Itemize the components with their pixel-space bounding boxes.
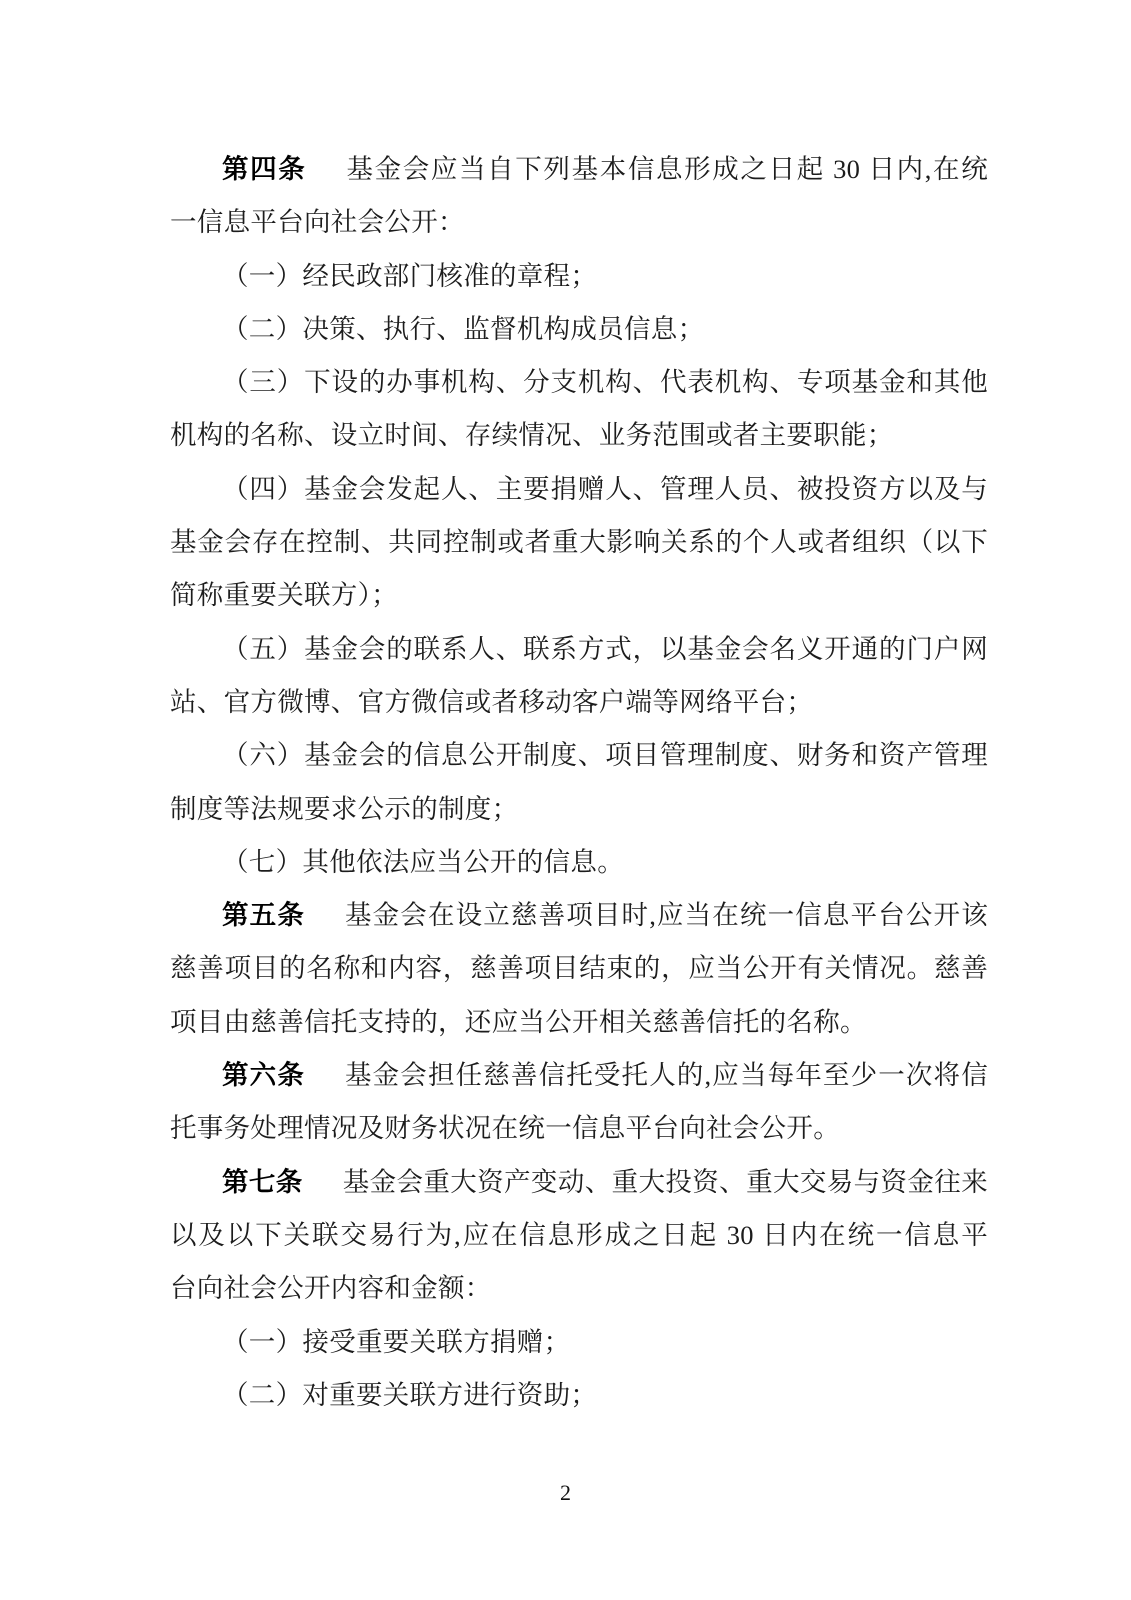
document-text-line: （二）对重要关联方进行资助； [170,1369,988,1422]
document-text-line: （五）基金会的联系人、联系方式，以基金会名义开通的门户网 [170,623,988,676]
article-number: 第六条 [222,1060,305,1090]
line-text: （二）对重要关联方进行资助； [222,1380,597,1410]
line-text: （六）基金会的信息公开制度、项目管理制度、财务和资产管理 [222,740,988,770]
document-text-line: 简称重要关联方）； [170,569,988,622]
document-text-line: （一）经民政部门核准的章程； [170,250,988,303]
line-text: 基金会重大资产变动、重大投资、重大交易与资金往来 [343,1167,988,1197]
document-text-line: 台向社会公开内容和金额： [170,1262,988,1315]
document-text-line: （六）基金会的信息公开制度、项目管理制度、财务和资产管理 [170,729,988,782]
article-heading-line: 第四条基金会应当自下列基本信息形成之日起 30 日内,在统 [170,143,988,196]
article-heading-line: 第七条基金会重大资产变动、重大投资、重大交易与资金往来 [170,1156,988,1209]
line-text: （一）经民政部门核准的章程； [222,261,597,291]
line-text: 台向社会公开内容和金额： [170,1273,492,1303]
document-page: 第四条基金会应当自下列基本信息形成之日起 30 日内,在统一信息平台向社会公开：… [0,0,1131,1600]
line-text: 简称重要关联方）； [170,580,398,610]
article-number: 第七条 [222,1167,303,1197]
line-text: 基金会应当自下列基本信息形成之日起 30 日内,在统 [346,154,988,184]
line-text: （七）其他依法应当公开的信息。 [222,847,624,877]
line-text: 站、官方微博、官方微信或者移动客户端等网络平台； [170,687,813,717]
line-text: 制度等法规要求公示的制度； [170,794,518,824]
line-text: 机构的名称、设立时间、存续情况、业务范围或者主要职能； [170,420,894,450]
page-number: 2 [0,1480,1131,1506]
document-text-line: 项目由慈善信托支持的，还应当公开相关慈善信托的名称。 [170,996,988,1049]
line-text: （三）下设的办事机构、分支机构、代表机构、专项基金和其他 [222,367,988,397]
line-text: 托事务处理情况及财务状况在统一信息平台向社会公开。 [170,1113,840,1143]
article-number: 第五条 [222,900,305,930]
document-text-line: 站、官方微博、官方微信或者移动客户端等网络平台； [170,676,988,729]
document-text-line: （四）基金会发起人、主要捐赠人、管理人员、被投资方以及与 [170,463,988,516]
document-text-line: 机构的名称、设立时间、存续情况、业务范围或者主要职能； [170,409,988,462]
line-text: （一）接受重要关联方捐赠； [222,1327,570,1357]
line-text: 项目由慈善信托支持的，还应当公开相关慈善信托的名称。 [170,1007,867,1037]
article-number: 第四条 [222,154,306,184]
line-text: 基金会存在控制、共同控制或者重大影响关系的个人或者组织（以下 [170,527,988,557]
line-text: （四）基金会发起人、主要捐赠人、管理人员、被投资方以及与 [222,474,988,504]
line-text: 慈善项目的名称和内容，慈善项目结束的，应当公开有关情况。慈善 [170,953,988,983]
document-text-line: （三）下设的办事机构、分支机构、代表机构、专项基金和其他 [170,356,988,409]
document-text-line: （七）其他依法应当公开的信息。 [170,836,988,889]
line-text: （二）决策、执行、监督机构成员信息； [222,314,704,344]
document-text-line: 慈善项目的名称和内容，慈善项目结束的，应当公开有关情况。慈善 [170,942,988,995]
line-text: 以及以下关联交易行为,应在信息形成之日起 30 日内在统一信息平 [170,1220,988,1250]
document-text-line: （一）接受重要关联方捐赠； [170,1316,988,1369]
document-text-line: 一信息平台向社会公开： [170,196,988,249]
document-text-line: 制度等法规要求公示的制度； [170,783,988,836]
line-text: 一信息平台向社会公开： [170,207,465,237]
document-text-line: 基金会存在控制、共同控制或者重大影响关系的个人或者组织（以下 [170,516,988,569]
document-text-line: （二）决策、执行、监督机构成员信息； [170,303,988,356]
line-text: （五）基金会的联系人、联系方式，以基金会名义开通的门户网 [222,634,988,664]
article-heading-line: 第五条基金会在设立慈善项目时,应当在统一信息平台公开该 [170,889,988,942]
document-text-line: 托事务处理情况及财务状况在统一信息平台向社会公开。 [170,1102,988,1155]
article-heading-line: 第六条基金会担任慈善信托受托人的,应当每年至少一次将信 [170,1049,988,1102]
line-text: 基金会担任慈善信托受托人的,应当每年至少一次将信 [345,1060,988,1090]
document-text-line: 以及以下关联交易行为,应在信息形成之日起 30 日内在统一信息平 [170,1209,988,1262]
document-body: 第四条基金会应当自下列基本信息形成之日起 30 日内,在统一信息平台向社会公开：… [170,143,988,1422]
line-text: 基金会在设立慈善项目时,应当在统一信息平台公开该 [345,900,988,930]
